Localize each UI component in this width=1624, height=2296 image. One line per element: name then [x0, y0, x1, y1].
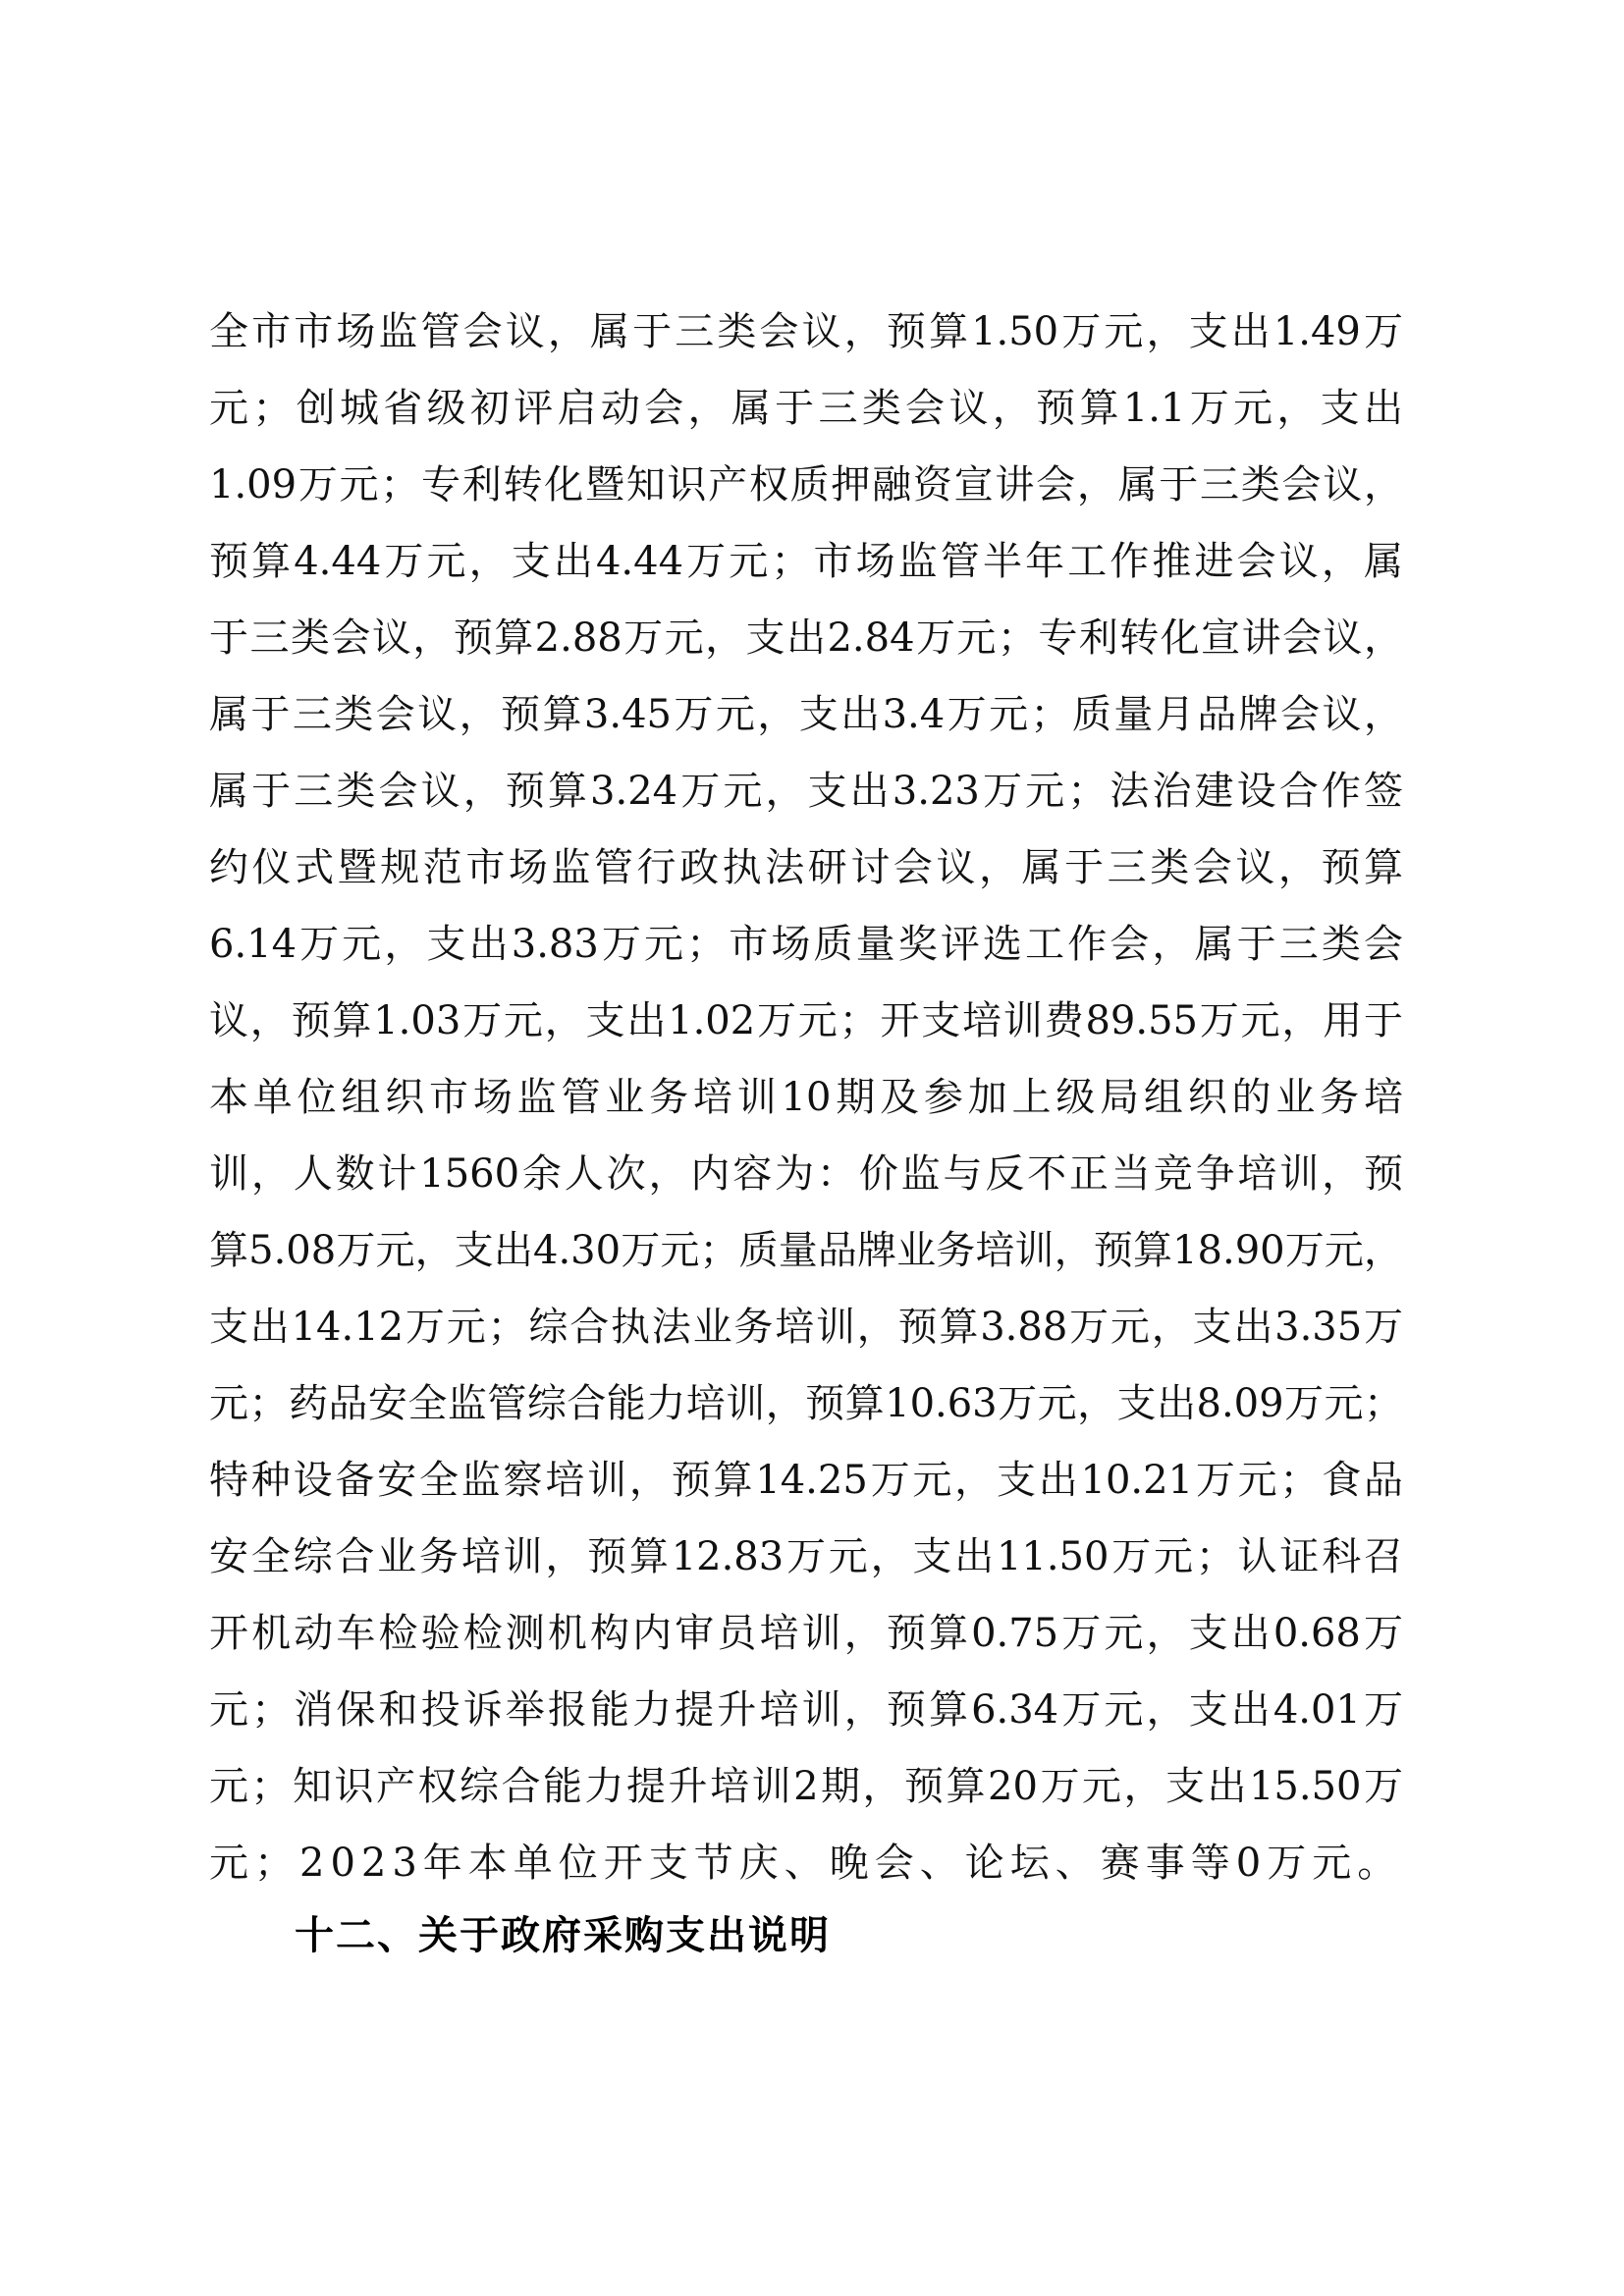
paragraph-line: 元；药品安全监管综合能力培训，预算10.63万元，支出8.09万元；	[209, 1374, 1403, 1451]
paragraph-line: 全市市场监管会议，属于三类会议，预算1.50万元，支出1.49万	[209, 302, 1403, 379]
document-page: 全市市场监管会议，属于三类会议，预算1.50万元，支出1.49万 元；创城省级初…	[0, 0, 1624, 2296]
paragraph-line: 元；消保和投诉举报能力提升培训，预算6.34万元，支出4.01万	[209, 1681, 1403, 1757]
paragraph-line: 支出14.12万元；综合执法业务培训，预算3.88万元，支出3.35万	[209, 1298, 1403, 1374]
paragraph-line: 议，预算1.03万元，支出1.02万元；开支培训费89.55万元，用于	[209, 991, 1403, 1068]
paragraph-line: 训，人数计1560余人次，内容为：价监与反不正当竞争培训，预	[209, 1145, 1403, 1221]
paragraph-line: 特种设备安全监察培训，预算14.25万元，支出10.21万元；食品	[209, 1451, 1403, 1527]
section-heading: 十二、关于政府采购支出说明	[295, 1908, 831, 1963]
paragraph-line: 算5.08万元，支出4.30万元；质量品牌业务培训，预算18.90万元，	[209, 1221, 1403, 1298]
paragraph-line: 属于三类会议，预算3.45万元，支出3.4万元；质量月品牌会议，	[209, 685, 1403, 762]
paragraph-line: 1.09万元；专利转化暨知识产权质押融资宣讲会，属于三类会议，	[209, 455, 1403, 532]
paragraph-line: 6.14万元，支出3.83万元；市场质量奖评选工作会，属于三类会	[209, 915, 1403, 991]
paragraph-line: 属于三类会议，预算3.24万元，支出3.23万元；法治建设合作签	[209, 762, 1403, 838]
paragraph-last-line: 元；2023年本单位开支节庆、晚会、论坛、赛事等0万元。	[209, 1834, 1403, 1910]
paragraph-line: 预算4.44万元，支出4.44万元；市场监管半年工作推进会议，属	[209, 532, 1403, 609]
paragraph-line: 安全综合业务培训，预算12.83万元，支出11.50万元；认证科召	[209, 1527, 1403, 1604]
paragraph-line: 开机动车检验检测机构内审员培训，预算0.75万元，支出0.68万	[209, 1604, 1403, 1681]
paragraph-line: 约仪式暨规范市场监管行政执法研讨会议，属于三类会议，预算	[209, 838, 1403, 915]
body-paragraph: 全市市场监管会议，属于三类会议，预算1.50万元，支出1.49万 元；创城省级初…	[209, 302, 1403, 1910]
paragraph-line: 元；知识产权综合能力提升培训2期，预算20万元，支出15.50万	[209, 1757, 1403, 1834]
paragraph-line: 本单位组织市场监管业务培训10期及参加上级局组织的业务培	[209, 1068, 1403, 1145]
paragraph-line: 于三类会议，预算2.88万元，支出2.84万元；专利转化宣讲会议，	[209, 609, 1403, 685]
paragraph-line: 元；创城省级初评启动会，属于三类会议，预算1.1万元，支出	[209, 379, 1403, 455]
